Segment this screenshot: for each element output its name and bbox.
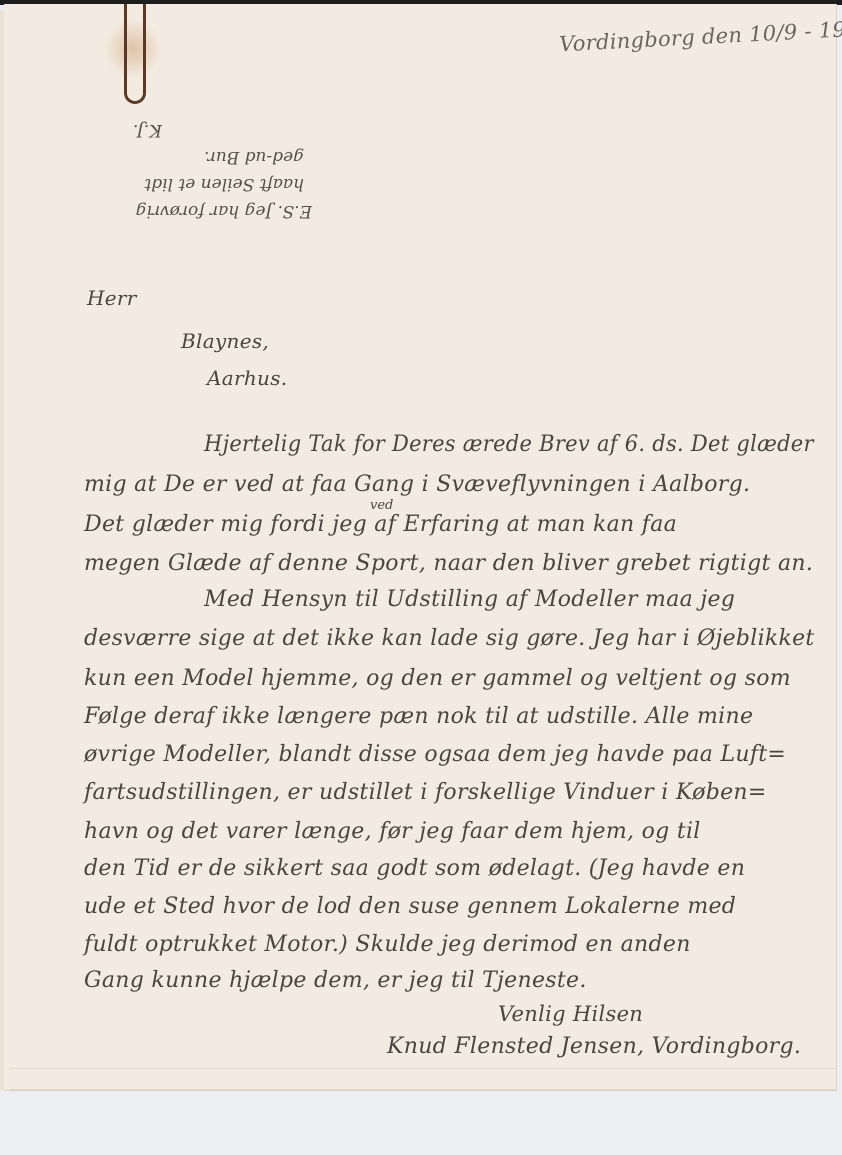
body-line: Det glæder mig fordi jeg af Erfaring at … bbox=[84, 512, 677, 537]
stacked-sheet-edges bbox=[10, 1068, 836, 1090]
closing: Venlig Hilsen bbox=[498, 1002, 643, 1026]
recipient-name: Blaynes, bbox=[181, 329, 269, 353]
body-line: øvrige Modeller, blandt disse ogsaa dem … bbox=[84, 742, 786, 767]
body-line: desværre sige at det ikke kan lade sig g… bbox=[84, 626, 814, 651]
body-line: mig at De er ved at faa Gang i Svæveflyv… bbox=[84, 472, 750, 497]
body-line: kun een Model hjemme, og den er gammel o… bbox=[84, 666, 791, 691]
inserted-word: ved bbox=[370, 498, 393, 513]
postscript-upside-down: E.S. Jeg har forøvrig haaft Seilen et li… bbox=[82, 94, 312, 224]
dateline: Vordingborg den 10/9 - 1934. bbox=[559, 16, 842, 57]
postscript-line: E.S. Jeg har forøvrig bbox=[82, 197, 312, 224]
body-line: ude et Sted hvor de lod den suse gennem … bbox=[84, 894, 736, 919]
body-line: havn og det varer længe, før jeg faar de… bbox=[84, 819, 701, 844]
body-line: megen Glæde af denne Sport, naar den bli… bbox=[84, 551, 813, 576]
body-line: den Tid er de sikkert saa godt som ødela… bbox=[84, 856, 745, 881]
body-line: Gang kunne hjælpe dem, er jeg til Tjenes… bbox=[84, 968, 587, 993]
body-line: Med Hensyn til Udstilling af Modeller ma… bbox=[204, 587, 735, 612]
salutation-title: Herr bbox=[87, 286, 137, 310]
body-line: fartsudstillingen, er udstillet i forske… bbox=[84, 780, 767, 805]
signature: Knud Flensted Jensen, Vordingborg. bbox=[387, 1034, 801, 1059]
body-line: Hjertelig Tak for Deres ærede Brev af 6.… bbox=[204, 432, 814, 457]
postscript-line: haaft Seilen et lidt bbox=[82, 170, 312, 197]
letter-page: Vordingborg den 10/9 - 1934. E.S. Jeg ha… bbox=[4, 4, 837, 1091]
paperclip-icon bbox=[124, 4, 146, 104]
recipient-city: Aarhus. bbox=[207, 366, 287, 390]
postscript-initials: K.J. bbox=[82, 116, 312, 143]
body-line: Følge deraf ikke længere pæn nok til at … bbox=[84, 704, 753, 729]
postscript-line: ged-ud Bur. bbox=[82, 143, 312, 170]
body-line: fuldt optrukket Motor.) Skulde jeg derim… bbox=[84, 932, 691, 957]
